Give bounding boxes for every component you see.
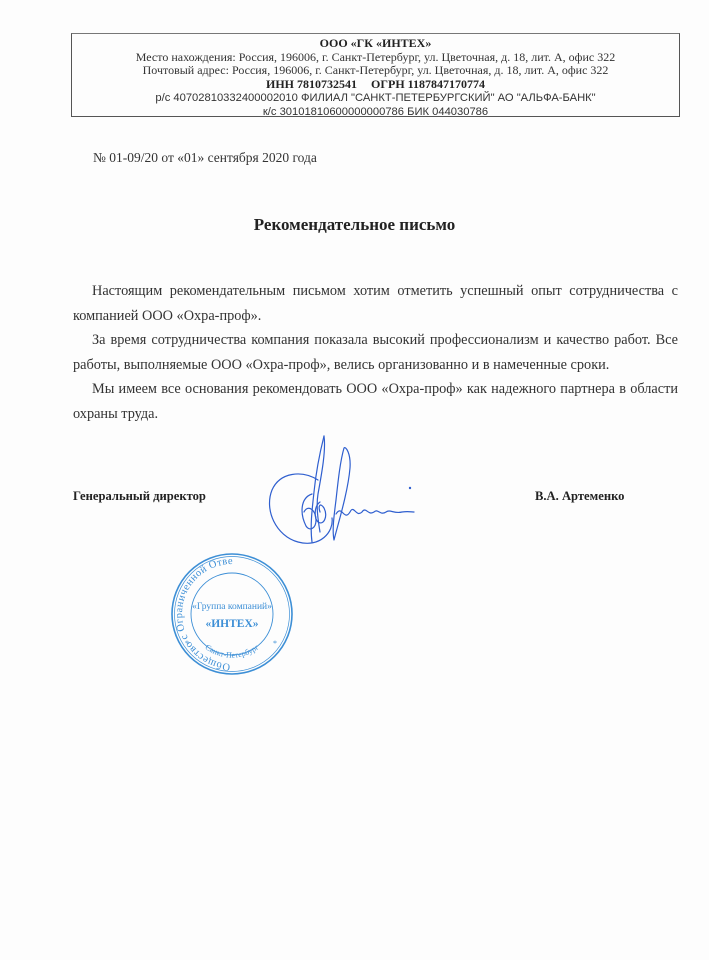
document-title: Рекомендательное письмо <box>0 215 709 235</box>
letter-body: Настоящим рекомендательным письмом хотим… <box>73 279 678 426</box>
signer-name: В.А. Артеменко <box>535 489 624 504</box>
seal-outer-text: Общество с Ограниченной Ответственностью <box>168 553 234 678</box>
paragraph: Мы имеем все основания рекомендовать ООО… <box>73 377 678 426</box>
registration-numbers: ИНН 7810732541ОГРН 1187847170774 <box>72 78 679 92</box>
document-number: № 01-09/20 от «01» сентября 2020 года <box>93 150 317 166</box>
ogrn: ОГРН 1187847170774 <box>371 77 485 91</box>
company-seal: Общество с Ограниченной Ответственностью… <box>168 550 296 678</box>
bank-account: р/с 40702810332400002010 ФИЛИАЛ "САНКТ-П… <box>72 92 679 106</box>
inn: ИНН 7810732541 <box>266 77 357 91</box>
svg-text:Общество с Ограниченной Ответс: Общество с Ограниченной Ответственностью <box>168 553 234 678</box>
handwritten-signature <box>262 432 422 550</box>
postal-address: Почтовый адрес: Россия, 196006, г. Санкт… <box>72 64 679 78</box>
seal-inner-line2: «ИНТЕХ» <box>205 618 258 630</box>
signer-position: Генеральный директор <box>73 489 206 504</box>
location-address: Место нахождения: Россия, 196006, г. Сан… <box>72 51 679 65</box>
svg-text:*: * <box>185 639 189 648</box>
paragraph: Настоящим рекомендательным письмом хотим… <box>73 279 678 328</box>
paragraph: За время сотрудничества компания показал… <box>73 328 678 377</box>
svg-text:*: * <box>273 639 277 648</box>
seal-inner-line1: «Группа компаний» <box>192 601 272 612</box>
letterhead: ООО «ГК «ИНТЕХ» Место нахождения: Россия… <box>71 33 680 117</box>
company-name: ООО «ГК «ИНТЕХ» <box>72 37 679 51</box>
corr-account: к/с 30101810600000000786 БИК 044030786 <box>72 106 679 120</box>
